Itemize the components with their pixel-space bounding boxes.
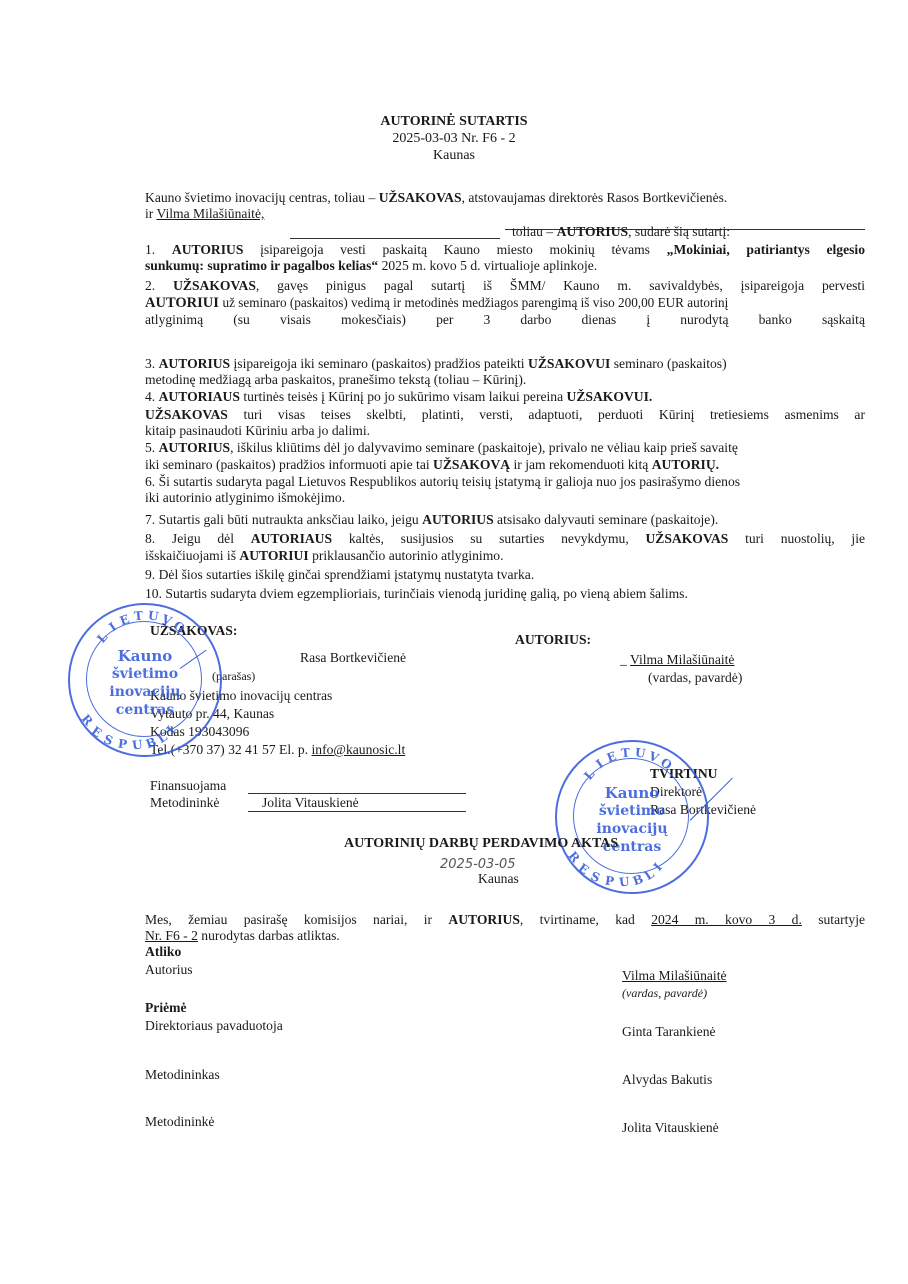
official-stamp-approval: L I E T U V O R E S P U B L I Kauno švie… — [555, 740, 709, 894]
handwritten-date: 2025-03-05 — [440, 857, 516, 872]
org-contact: Tel.(+370 37) 32 41 57 El. p. info@kauno… — [150, 742, 405, 757]
act-title: AUTORINIŲ DARBŲ PERDAVIMO AKTAS — [344, 836, 618, 851]
author-hint: (vardas, pavardė) — [648, 670, 742, 685]
author-name-line: _ Vilma Milašiūnaitė — [620, 652, 734, 667]
intro-text: , atstovaujamas direktorės Rasos Bortkev… — [462, 190, 728, 205]
intro-text: Kauno švietimo inovacijų centras, toliau… — [145, 190, 375, 205]
official-stamp: L I E T U V O R E S P U B L I Kauno švie… — [68, 603, 222, 757]
financed-label: Finansuojama — [150, 778, 226, 793]
member-name: Alvydas Bakutis — [622, 1072, 712, 1087]
act-author-hint: (vardas, pavardė) — [622, 986, 707, 1001]
clause-8-line-2: išskaičiuojami iš AUTORIUI priklausančio… — [145, 548, 503, 563]
intro-line-1: Kauno švietimo inovacijų centras, toliau… — [145, 190, 727, 205]
customer-signer: Rasa Bortkevičienė — [300, 650, 406, 665]
member-name: Jolita Vitauskienė — [622, 1120, 719, 1135]
author-term: AUTORIUS — [557, 224, 629, 239]
clause-2-line-3: atlyginimą (su visais mokesčiais) per 3 … — [145, 312, 865, 327]
author-role: Autorius — [145, 962, 193, 977]
member-name: Ginta Tarankienė — [622, 1024, 716, 1039]
clause-6-line-1: 6. Ši sutartis sudaryta pagal Lietuvos R… — [145, 474, 740, 489]
blank-line — [290, 238, 500, 239]
clause-3-line-2: metodinę medžiagą arba paskaitos, praneš… — [145, 372, 526, 387]
clause-3-line-1: 3. AUTORIUS įsipareigoja iki seminaro (p… — [145, 356, 727, 371]
author-label: AUTORIUS: — [515, 632, 591, 647]
clause-2-line-2: AUTORIUI už seminaro (paskaitos) vedimą … — [145, 295, 728, 311]
author-name-underlined: Vilma Milašiūnaitė, — [156, 206, 264, 221]
clause-4-line-3: kitaip pasinaudoti Kūriniu arba jo dalim… — [145, 423, 370, 438]
clause-5-line-1: 5. AUTORIUS, iškilus kliūtims dėl jo dal… — [145, 440, 738, 455]
member-role: Metodininkė — [145, 1114, 214, 1129]
act-paragraph-line-2: Nr. F6 - 2 nurodytas darbas atliktas. — [145, 928, 340, 943]
contract-city: Kaunas — [0, 148, 908, 163]
clause-7: 7. Sutartis gali būti nutraukta anksčiau… — [145, 512, 718, 527]
intro-text: toliau – — [512, 224, 553, 239]
author-name: Vilma Milašiūnaitė — [630, 652, 735, 667]
methodist-label: Metodininkė — [150, 795, 219, 810]
document-title: AUTORINĖ SUTARTIS — [0, 114, 908, 129]
intro-text: ir — [145, 206, 153, 221]
clause-1-line-1: 1. AUTORIUS įsipareigoja vesti paskaitą … — [145, 242, 865, 257]
clause-10: 10. Sutartis sudaryta dviem egzemplioria… — [145, 586, 688, 601]
methodist-line — [248, 811, 466, 812]
customer-term: UŽSAKOVAS — [379, 190, 462, 205]
methodist-name: Jolita Vitauskienė — [262, 795, 359, 810]
contract-date-number: 2025-03-03 Nr. F6 - 2 — [0, 131, 908, 146]
clause-4-line-2: UŽSAKOVAS turi visas teises skelbti, pla… — [145, 407, 865, 422]
act-city: Kaunas — [478, 871, 519, 886]
clause-9: 9. Dėl šios sutarties iškilę ginčai spre… — [145, 567, 534, 582]
received-label: Priėmė — [145, 1000, 187, 1015]
clause-4-line-1: 4. AUTORIAUS turtinės teisės į Kūrinį po… — [145, 389, 652, 404]
intro-line-2: ir Vilma Milašiūnaitė, — [145, 206, 264, 221]
member-role: Direktoriaus pavaduotoja — [145, 1018, 283, 1033]
done-label: Atliko — [145, 944, 181, 959]
act-paragraph-line-1: Mes, žemiau pasirašę komisijos nariai, i… — [145, 912, 865, 927]
clause-1-line-2: sunkumų: supratimo ir pagalbos kelias“ 2… — [145, 258, 597, 273]
clause-5-line-2: iki seminaro (paskaitos) pradžios inform… — [145, 457, 719, 472]
clause-6-line-2: iki autorinio atlyginimo išmokėjimo. — [145, 490, 345, 505]
org-email-link[interactable]: info@kaunosic.lt — [312, 742, 406, 757]
intro-line-3: toliau – AUTORIUS, sudarė šią sutartį: — [512, 224, 730, 239]
act-author-name: Vilma Milašiūnaitė — [622, 968, 727, 983]
financed-blank-line — [248, 793, 466, 794]
clause-2-line-1: 2. UŽSAKOVAS, gavęs pinigus pagal sutart… — [145, 278, 865, 293]
intro-text: , sudarė šią sutartį: — [628, 224, 730, 239]
member-role: Metodininkas — [145, 1067, 220, 1082]
clause-8-line-1: 8. Jeigu dėl AUTORIAUS kaltės, susijusio… — [145, 531, 865, 546]
